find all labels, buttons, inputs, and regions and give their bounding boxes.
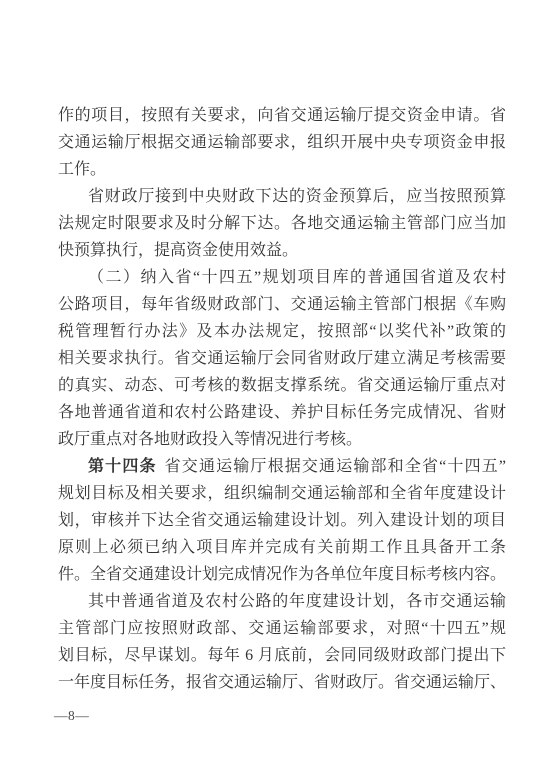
text-line: （二）纳入省“十四五”规划项目库的普通国省道及农村 [58, 264, 506, 291]
text-line: 交通运输厅根据交通运输部要求，组织开展中央专项资金申报 [58, 129, 506, 156]
text-line-rest: 省交通运输厅根据交通运输部和全省“十四五” [165, 458, 506, 475]
text-line: 省财政厅接到中央财政下达的资金预算后，应当按照预算 [58, 183, 506, 210]
text-line: 政厅重点对各地财政投入等情况进行考核。 [58, 426, 506, 453]
text-line: 相关要求执行。省交通运输厅会同省财政厅建立满足考核需要 [58, 345, 506, 372]
text-line: 税管理暂行办法》及本办法规定，按照部“以奖代补”政策的 [58, 318, 506, 345]
text-line: 规划目标及相关要求，组织编制交通运输部和全省年度建设计 [58, 480, 506, 507]
document-body: 作的项目，按照有关要求，向省交通运输厅提交资金申请。省 交通运输厅根据交通运输部… [58, 102, 506, 696]
text-line: 第十四条省交通运输厅根据交通运输部和全省“十四五” [58, 453, 506, 480]
text-line: 划，审核并下达全省交通运输建设计划。列入建设计划的项目 [58, 507, 506, 534]
text-line: 法规定时限要求及时分解下达。各地交通运输主管部门应当加 [58, 210, 506, 237]
article-number-label: 第十四条 [88, 458, 157, 475]
text-line: 主管部门应按照财政部、交通运输部要求，对照“十四五”规 [58, 615, 506, 642]
text-line: 的真实、动态、可考核的数据支撑系统。省交通运输厅重点对 [58, 372, 506, 399]
text-line: 一年度目标任务，报省交通运输厅、省财政厅。省交通运输厅、 [58, 669, 506, 696]
text-line: 原则上必须已纳入项目库并完成有关前期工作且具备开工条 [58, 534, 506, 561]
text-line: 作的项目，按照有关要求，向省交通运输厅提交资金申请。省 [58, 102, 506, 129]
text-line: 件。全省交通建设计划完成情况作为各单位年度目标考核内容。 [58, 561, 506, 588]
text-line: 公路项目，每年省级财政部门、交通运输主管部门根据《车购 [58, 291, 506, 318]
text-line: 快预算执行，提高资金使用效益。 [58, 237, 506, 264]
text-line: 其中普通省道及农村公路的年度建设计划，各市交通运输 [58, 588, 506, 615]
text-line: 划目标，尽早谋划。每年 6 月底前，会同同级财政部门提出下 [58, 642, 506, 669]
page-number: —8— [54, 707, 89, 725]
text-line: 各地普通省道和农村公路建设、养护目标任务完成情况、省财 [58, 399, 506, 426]
document-page: 作的项目，按照有关要求，向省交通运输厅提交资金申请。省 交通运输厅根据交通运输部… [0, 0, 554, 784]
text-line: 工作。 [58, 156, 506, 183]
